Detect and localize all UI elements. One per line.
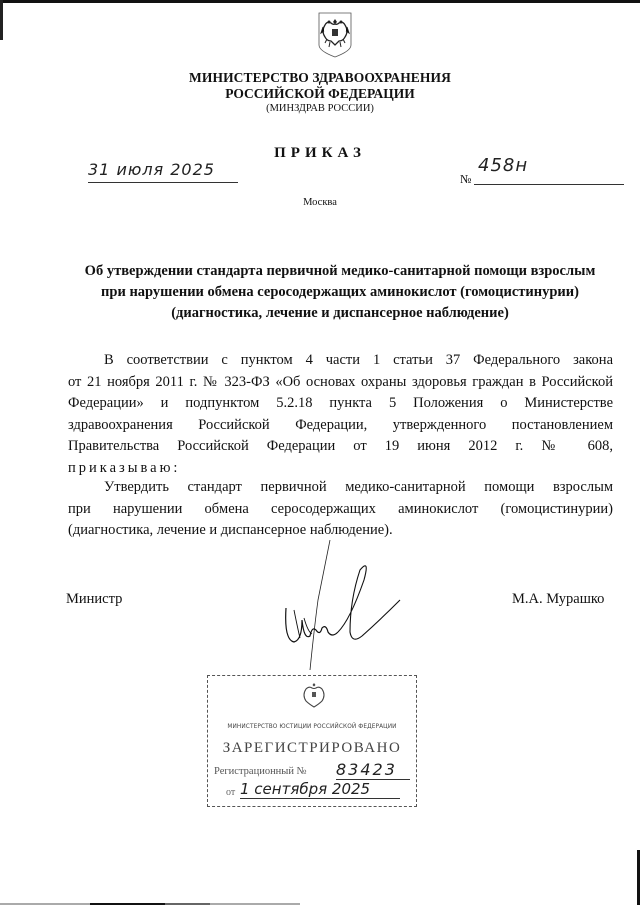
signatory-name: М.А. Мурашко (512, 591, 604, 608)
registration-stamp: МИНИСТЕРСТВО ЮСТИЦИИ РОССИЙСКОЙ ФЕДЕРАЦИ… (207, 675, 417, 807)
stamp-reg-number: 83423 (336, 760, 410, 780)
signatory-position: Министр (66, 591, 122, 608)
stamp-ministry: МИНИСТЕРСТВО ЮСТИЦИИ РОССИЙСКОЙ ФЕДЕРАЦИ… (208, 724, 416, 730)
date-underline (88, 182, 238, 183)
number-sign: № (460, 172, 471, 187)
scan-border-left (0, 0, 3, 40)
handwritten-signature-icon (280, 540, 410, 670)
order-verb: приказываю: (68, 458, 613, 480)
order-number: 458н (478, 155, 528, 176)
title-line: (диагностика, лечение и диспансерное наб… (60, 303, 620, 324)
text-line: Правительства Российской Федерации от 19… (68, 436, 613, 458)
order-title: Об утверждении стандарта первичной медик… (60, 261, 620, 324)
coat-of-arms-icon (317, 11, 353, 59)
text-line: Утвердить стандарт первичной медико-сани… (68, 477, 613, 499)
ministry-short-name: (МИНЗДРАВ РОССИИ) (0, 103, 640, 114)
order-date: 31 июля 2025 (88, 160, 228, 179)
text-line: В соответствии с пунктом 4 части 1 стать… (68, 350, 613, 372)
scan-border-top (0, 0, 640, 3)
text-line: при нарушении обмена серосодержащих амин… (68, 499, 613, 521)
number-underline (474, 184, 624, 185)
coat-of-arms-icon (301, 681, 327, 711)
text-line: от 21 ноября 2011 г. № 323-ФЗ «Об основа… (68, 372, 613, 394)
text-line: (диагностика, лечение и диспансерное наб… (68, 520, 613, 542)
paragraph-resolution: Утвердить стандарт первичной медико-сани… (68, 477, 613, 542)
ministry-name-line2: РОССИЙСКОЙ ФЕДЕРАЦИИ (0, 86, 640, 102)
paragraph-preamble: В соответствии с пунктом 4 части 1 стать… (68, 350, 613, 479)
title-line: Об утверждении стандарта первичной медик… (60, 261, 620, 282)
stamp-reg-label: Регистрационный № (214, 766, 307, 777)
stamp-date-label: от (226, 787, 235, 798)
stamp-status: ЗАРЕГИСТРИРОВАНО (208, 740, 416, 757)
text-line: здравоохранения Российской Федерации, ут… (68, 415, 613, 437)
ministry-name-line1: МИНИСТЕРСТВО ЗДРАВООХРАНЕНИЯ (0, 70, 640, 86)
text-line: Федерации» и подпунктом 5.2.18 пункта 5 … (68, 393, 613, 415)
title-line: при нарушении обмена серосодержащих амин… (60, 282, 620, 303)
city: Москва (0, 197, 640, 208)
stamp-date: 1 сентября 2025 (240, 780, 400, 799)
